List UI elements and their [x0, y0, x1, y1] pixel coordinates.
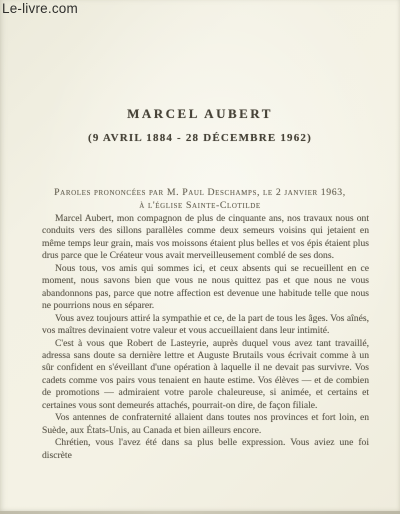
page-title: MARCEL AUBERT — [0, 106, 400, 122]
title-block: MARCEL AUBERT (9 AVRIL 1884 - 28 DÉCEMBR… — [0, 106, 400, 144]
speech-heading: Paroles prononcées par M. Paul Deschamps… — [0, 186, 400, 212]
speech-heading-line1: Paroles prononcées par M. Paul Deschamps… — [0, 186, 400, 199]
body-paragraph: Vous avez toujours attiré la sympathie e… — [42, 313, 369, 338]
body-paragraph: Nous tous, vos amis qui sommes ici, et c… — [42, 263, 369, 313]
scanned-book-page: Le-livre.com MARCEL AUBERT (9 AVRIL 1884… — [0, 0, 400, 514]
speech-heading-line2: à l'église Sainte-Clotilde — [0, 199, 400, 212]
body-text-column: Marcel Aubert, mon compagnon de plus de … — [42, 213, 369, 462]
body-paragraph: Marcel Aubert, mon compagnon de plus de … — [42, 213, 369, 263]
body-paragraph: Vos antennes de confraternité allaient d… — [42, 412, 369, 437]
body-paragraph: C'est à vous que Robert de Lasteyrie, au… — [42, 338, 369, 413]
watermark-text: Le-livre.com — [2, 1, 78, 16]
body-paragraph: Chrétien, vous l'avez été dans sa plus b… — [42, 437, 369, 462]
page-subtitle-dates: (9 AVRIL 1884 - 28 DÉCEMBRE 1962) — [0, 132, 400, 144]
